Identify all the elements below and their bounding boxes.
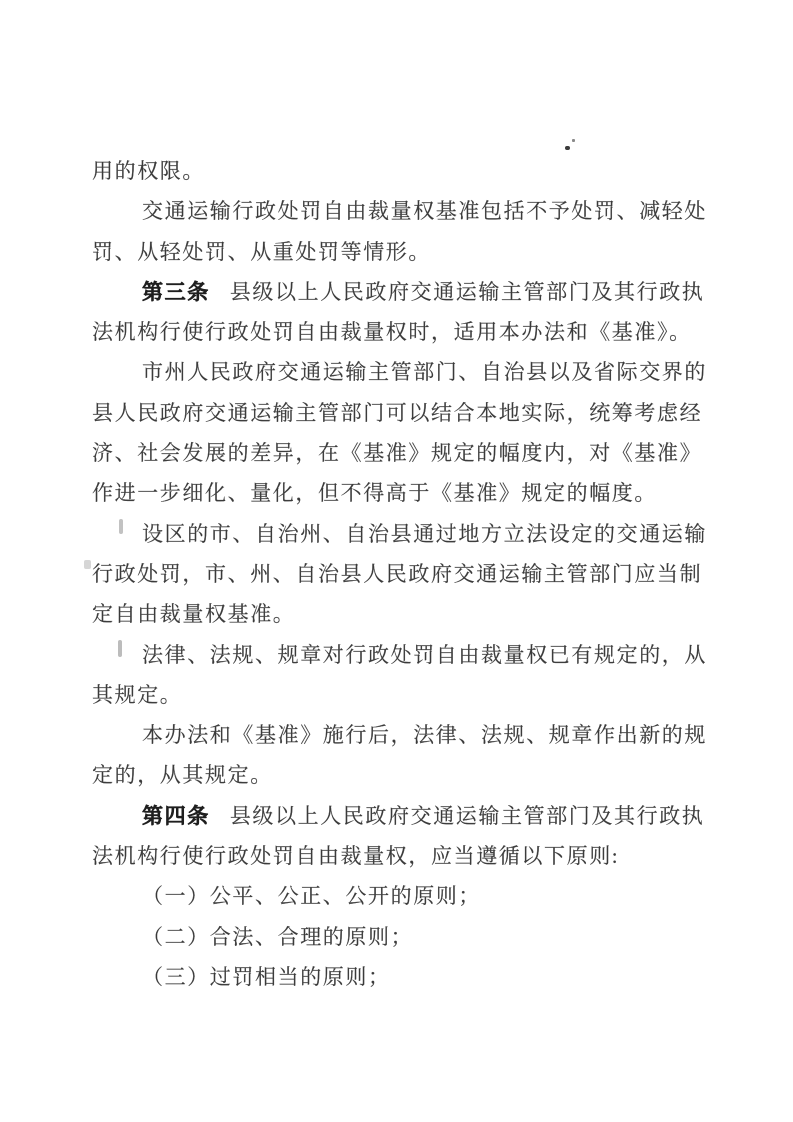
article-heading-line: 第四条县级以上人民政府交通运输主管部门及其行政执 — [92, 796, 708, 836]
pencil-mark — [119, 519, 123, 534]
text-line: 行政处罚，市、州、自治县人民政府交通运输主管部门应当制 — [92, 554, 708, 594]
text-line: （一）公平、公正、公开的原则； — [92, 876, 708, 916]
pencil-mark — [118, 640, 122, 657]
text-line: 法机构行使行政处罚自由裁量权，应当遵循以下原则: — [92, 836, 708, 876]
text-line: 济、社会发展的差异，在《基准》规定的幅度内，对《基准》 — [92, 433, 708, 473]
pencil-tick — [84, 560, 91, 569]
text-line: 设区的市、自治州、自治县通过地方立法设定的交通运输 — [92, 514, 708, 554]
article-number: 第四条 — [142, 804, 210, 828]
document-text-body: 用的权限。交通运输行政处罚自由裁量权基准包括不予处罚、减轻处罚、从轻处罚、从重处… — [92, 151, 708, 997]
text-line: 交通运输行政处罚自由裁量权基准包括不予处罚、减轻处 — [92, 191, 708, 231]
text-line: （二）合法、合理的原则； — [92, 917, 708, 957]
text-line: 市州人民政府交通运输主管部门、自治县以及省际交界的 — [92, 352, 708, 392]
article-heading-text: 县级以上人民政府交通运输主管部门及其行政执 — [230, 280, 705, 304]
text-line: 罚、从轻处罚、从重处罚等情形。 — [92, 232, 708, 272]
text-line: 定的，从其规定。 — [92, 755, 708, 795]
document-page: 用的权限。交通运输行政处罚自由裁量权基准包括不予处罚、减轻处罚、从轻处罚、从重处… — [0, 0, 793, 1122]
ink-tick — [572, 139, 575, 142]
text-line: （三）过罚相当的原则； — [92, 957, 708, 997]
text-line: 其规定。 — [92, 675, 708, 715]
article-heading-text: 县级以上人民政府交通运输主管部门及其行政执 — [230, 804, 705, 828]
text-line: 作进一步细化、量化，但不得高于《基准》规定的幅度。 — [92, 473, 708, 513]
text-line: 法机构行使行政处罚自由裁量权时，适用本办法和《基准》。 — [92, 312, 708, 352]
text-line: 本办法和《基准》施行后，法律、法规、规章作出新的规 — [92, 715, 708, 755]
text-line: 定自由裁量权基准。 — [92, 594, 708, 634]
text-line: 县人民政府交通运输主管部门可以结合本地实际，统筹考虑经 — [92, 393, 708, 433]
text-line: 法律、法规、规章对行政处罚自由裁量权已有规定的，从 — [92, 635, 708, 675]
ink-dot — [565, 146, 570, 150]
article-number: 第三条 — [142, 280, 210, 304]
article-heading-line: 第三条县级以上人民政府交通运输主管部门及其行政执 — [92, 272, 708, 312]
text-line: 用的权限。 — [92, 151, 708, 191]
